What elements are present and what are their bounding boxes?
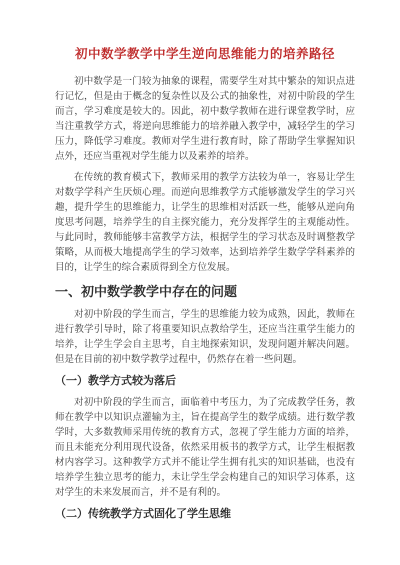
document-title: 初中数学教学中学生逆向思维能力的培养路径	[55, 44, 355, 62]
subsection-heading-1: （一）教学方式较为落后	[55, 374, 355, 389]
document-page: 初中数学教学中学生逆向思维能力的培养路径 初中数学是一门较为抽象的课程，需要学生…	[0, 0, 400, 565]
paragraph-intro-2: 在传统的教育模式下，教师采用的教学方法较为单一，容易让学生对数学学科产生厌烦心理…	[55, 171, 355, 276]
subsection-heading-2: （二）传统教学方式固化了学生思维	[55, 507, 355, 522]
section-heading-1: 一、初中数学教学中存在的问题	[55, 283, 355, 300]
paragraph-section-1-intro: 对初中阶段的学生而言，学生的思维能力较为成熟，因此，教师在进行教学引导时，除了将…	[55, 308, 355, 368]
paragraph-subsection-1: 对初中阶段的学生而言，面临着中考压力，为了完成教学任务，教师在教学中以知识点灌输…	[55, 396, 355, 501]
paragraph-intro-1: 初中数学是一门较为抽象的课程，需要学生对其中繁杂的知识点进行记忆，但是由于概念的…	[55, 75, 355, 165]
